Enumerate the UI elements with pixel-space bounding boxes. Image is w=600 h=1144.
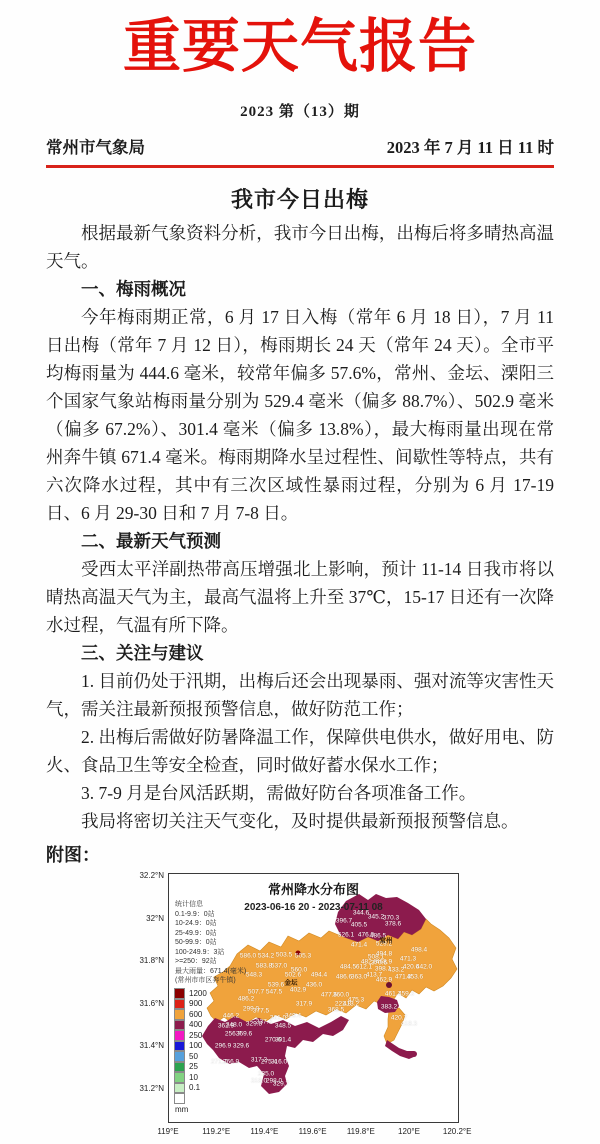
section-heading: 一、梅雨概况 <box>46 275 554 303</box>
x-axis-tick: 119.2°E <box>194 1127 238 1136</box>
section-heading: 三、关注与建议 <box>46 639 554 667</box>
station-value: 612.1 <box>356 964 372 971</box>
station-value: 436.0 <box>306 982 322 989</box>
colorbar-swatch <box>174 1072 185 1083</box>
colorbar-row: 250 <box>174 1030 207 1041</box>
station-value: 348.0 <box>226 1022 242 1029</box>
map-stats-block: 统计信息0.1-9.9：0站10-24.9：0站25-49.9：0站50-99.… <box>175 900 246 986</box>
station-value: 462.9 <box>376 977 392 984</box>
station-value: 383.2 <box>381 1004 397 1011</box>
station-value: 459.3 <box>398 991 414 998</box>
station-value: 505.3 <box>295 953 311 960</box>
report-title: 重要天气报告 <box>46 14 554 80</box>
station-value: 413.2 <box>343 1001 359 1008</box>
colorbar-row <box>174 1093 207 1104</box>
colorbar-label: 900 <box>189 999 202 1008</box>
colorbar-label: 50 <box>189 1052 198 1061</box>
station-value: 486.6 <box>336 974 352 981</box>
colorbar-swatch <box>174 1009 185 1020</box>
station-value: 378.6 <box>385 921 401 928</box>
station-value: 361.0 <box>270 1015 286 1022</box>
station-value: 526.1 <box>338 932 354 939</box>
y-axis-tick: 31.4°N <box>118 1041 164 1050</box>
station-value: 471.3 <box>400 956 416 963</box>
issuer: 常州市气象局 <box>46 134 145 158</box>
station-value: 433.2 <box>388 967 404 974</box>
station-value: 301.4 <box>275 1037 291 1044</box>
station-value: 329.7 <box>273 1081 289 1088</box>
station-value: 360.0 <box>333 992 349 999</box>
colorbar-row: 100 <box>174 1041 207 1052</box>
station-value: 344.6 <box>353 910 369 917</box>
station-value: 396.7 <box>336 918 352 925</box>
article-body: 根据最新气象资料分析，我市今日出梅，出梅后将多晴热高温天气。一、梅雨概况今年梅雨… <box>46 219 554 835</box>
station-value: 377.5 <box>253 1008 269 1015</box>
stats-line: (常州市市区奔牛镇) <box>175 976 246 986</box>
colorbar-row: 1200 <box>174 988 207 999</box>
station-value: 586.0 <box>240 953 256 960</box>
meta-row: 常州市气象局 2023 年 7 月 11 日 11 时 <box>46 134 554 158</box>
colorbar-row: 900 <box>174 999 207 1010</box>
colorbar-row: 50 <box>174 1051 207 1062</box>
stats-line: 100-249.9：3站 <box>175 948 246 958</box>
rainfall-map-figure: 32.2°N32°N31.8°N31.6°N31.4°N31.2°N 119°E… <box>46 871 554 1144</box>
stats-line: >=250：92站 <box>175 957 246 967</box>
map-region-maroon-hook <box>385 1040 416 1059</box>
x-axis-tick: 119°E <box>146 1127 190 1136</box>
y-axis-tick: 31.6°N <box>118 999 164 1008</box>
article-heading: 我市今日出梅 <box>46 183 554 214</box>
x-axis-tick: 120°E <box>387 1127 431 1136</box>
issue-datetime: 2023 年 7 月 11 日 11 时 <box>387 134 554 158</box>
station-value: 317.9 <box>296 1001 312 1008</box>
stats-line: 25-49.9：0站 <box>175 929 246 939</box>
map-colorbar: 12009006004002501005025100.1 <box>174 988 207 1104</box>
station-value: 442.0 <box>416 964 432 971</box>
station-value: 484.5 <box>340 964 356 971</box>
station-value: 266.9 <box>223 1059 239 1066</box>
station-value: 486.2 <box>238 996 254 1003</box>
map-unit-label: mm <box>175 1105 188 1114</box>
station-value: 418.3 <box>401 1021 417 1028</box>
map-hook-dot <box>411 1051 417 1057</box>
station-value: 345.2 <box>368 914 384 921</box>
body-paragraph: 2. 出梅后需做好防暑降温工作，保障供电供水，做好用电、防火、食品卫生等安全检查… <box>46 723 554 779</box>
colorbar-swatch <box>174 1083 185 1094</box>
station-value: 349.4 <box>285 1013 301 1020</box>
station-value: 534.2 <box>258 953 274 960</box>
colorbar-swatch <box>174 988 185 999</box>
colorbar-label: 25 <box>189 1062 198 1071</box>
station-value: 583.8 <box>256 963 272 970</box>
colorbar-label: 10 <box>189 1073 198 1082</box>
colorbar-swatch <box>174 1030 185 1041</box>
colorbar-row: 0.1 <box>174 1083 207 1094</box>
station-value: 368.5 <box>328 1007 344 1014</box>
colorbar-row: 600 <box>174 1009 207 1020</box>
station-value: 537.0 <box>271 963 287 970</box>
body-paragraph: 受西太平洋副热带高压增强北上影响，预计 11-14 日我市将以晴热高温天气为主，… <box>46 555 554 639</box>
report-page: 重要天气报告 2023 第（13）期 常州市气象局 2023 年 7 月 11 … <box>0 0 600 1144</box>
city-label: 常州 <box>380 936 393 945</box>
stats-line: 0.1-9.9：0站 <box>175 910 246 920</box>
station-value: 453.6 <box>407 974 423 981</box>
station-value: 503.5 <box>276 952 292 959</box>
colorbar-row: 400 <box>174 1020 207 1031</box>
colorbar-swatch <box>174 1093 185 1104</box>
stats-line: 50-99.9：0站 <box>175 938 246 948</box>
body-paragraph: 根据最新气象资料分析，我市今日出梅，出梅后将多晴热高温天气。 <box>46 219 554 275</box>
station-value: 402.9 <box>290 987 306 994</box>
city-label: 金坛 <box>285 978 298 987</box>
x-axis-tick: 119.4°E <box>242 1127 286 1136</box>
x-axis-tick: 120.2°E <box>435 1127 479 1136</box>
map-title: 常州降水分布图 <box>169 879 458 898</box>
station-value: 507.7 <box>248 989 264 996</box>
y-axis-tick: 31.2°N <box>118 1084 164 1093</box>
body-paragraph: 3. 7-9 月是台风活跃期，需做好防台各项准备工作。 <box>46 779 554 807</box>
attachment-label: 附图： <box>46 841 554 867</box>
station-value: 502.6 <box>285 972 301 979</box>
stats-line: 统计信息 <box>175 900 246 910</box>
x-axis-tick: 119.8°E <box>339 1127 383 1136</box>
colorbar-label: 400 <box>189 1020 202 1029</box>
issue-number: 2023 第（13）期 <box>46 100 554 121</box>
colorbar-swatch <box>174 999 185 1010</box>
colorbar-row: 10 <box>174 1072 207 1083</box>
header-divider <box>46 165 554 168</box>
station-value: 329.6 <box>233 1043 249 1050</box>
colorbar-swatch <box>174 1051 185 1062</box>
station-value: 235.0 <box>258 1071 274 1078</box>
body-paragraph: 1. 目前仍处于汛期，出梅后还会出现暴雨、强对流等灾害性天气，需关注最新预报预警… <box>46 667 554 723</box>
colorbar-label: 0.1 <box>189 1083 200 1092</box>
station-value: 539.6 <box>268 982 284 989</box>
body-paragraph: 我局将密切关注天气变化，及时提供最新预报预警信息。 <box>46 807 554 835</box>
colorbar-label: 600 <box>189 1010 202 1019</box>
y-axis-tick: 31.8°N <box>118 956 164 965</box>
colorbar-row: 25 <box>174 1062 207 1073</box>
station-value: 363.0 <box>351 974 367 981</box>
stats-line: 最大雨量：671.4(毫米) <box>175 967 246 977</box>
stats-line: 10-24.9：0站 <box>175 919 246 929</box>
y-axis-tick: 32°N <box>118 914 164 923</box>
map-frame: 常州降水分布图 2023-06-16 20 - 2023-07-11 08 统计… <box>168 873 459 1123</box>
x-axis-tick: 119.6°E <box>291 1127 335 1136</box>
colorbar-label: 250 <box>189 1031 202 1040</box>
station-value: 296.9 <box>215 1043 231 1050</box>
section-heading: 二、最新天气预测 <box>46 527 554 555</box>
station-value: 348.5 <box>275 1023 291 1030</box>
colorbar-swatch <box>174 1041 185 1052</box>
body-paragraph: 今年梅雨期正常，6 月 17 日入梅（常年 6 月 18 日），7 月 11 日… <box>46 303 554 527</box>
y-axis-tick: 32.2°N <box>118 871 164 880</box>
station-value: 547.5 <box>266 989 282 996</box>
colorbar-label: 100 <box>189 1041 202 1050</box>
station-value: 446.2 <box>223 1013 239 1020</box>
station-value: 498.4 <box>411 947 427 954</box>
colorbar-label: 1200 <box>189 989 207 998</box>
station-value: 316.0 <box>271 1059 287 1066</box>
station-value: 494.8 <box>376 951 392 958</box>
station-value: 405.5 <box>351 922 367 929</box>
colorbar-swatch <box>174 1020 185 1031</box>
station-value: 369.6 <box>236 1031 252 1038</box>
station-value: 494.4 <box>311 972 327 979</box>
station-value: 548.3 <box>246 972 262 979</box>
station-value: 471.4 <box>351 942 367 949</box>
station-value: 318.0 <box>251 1078 267 1085</box>
colorbar-swatch <box>174 1062 185 1073</box>
